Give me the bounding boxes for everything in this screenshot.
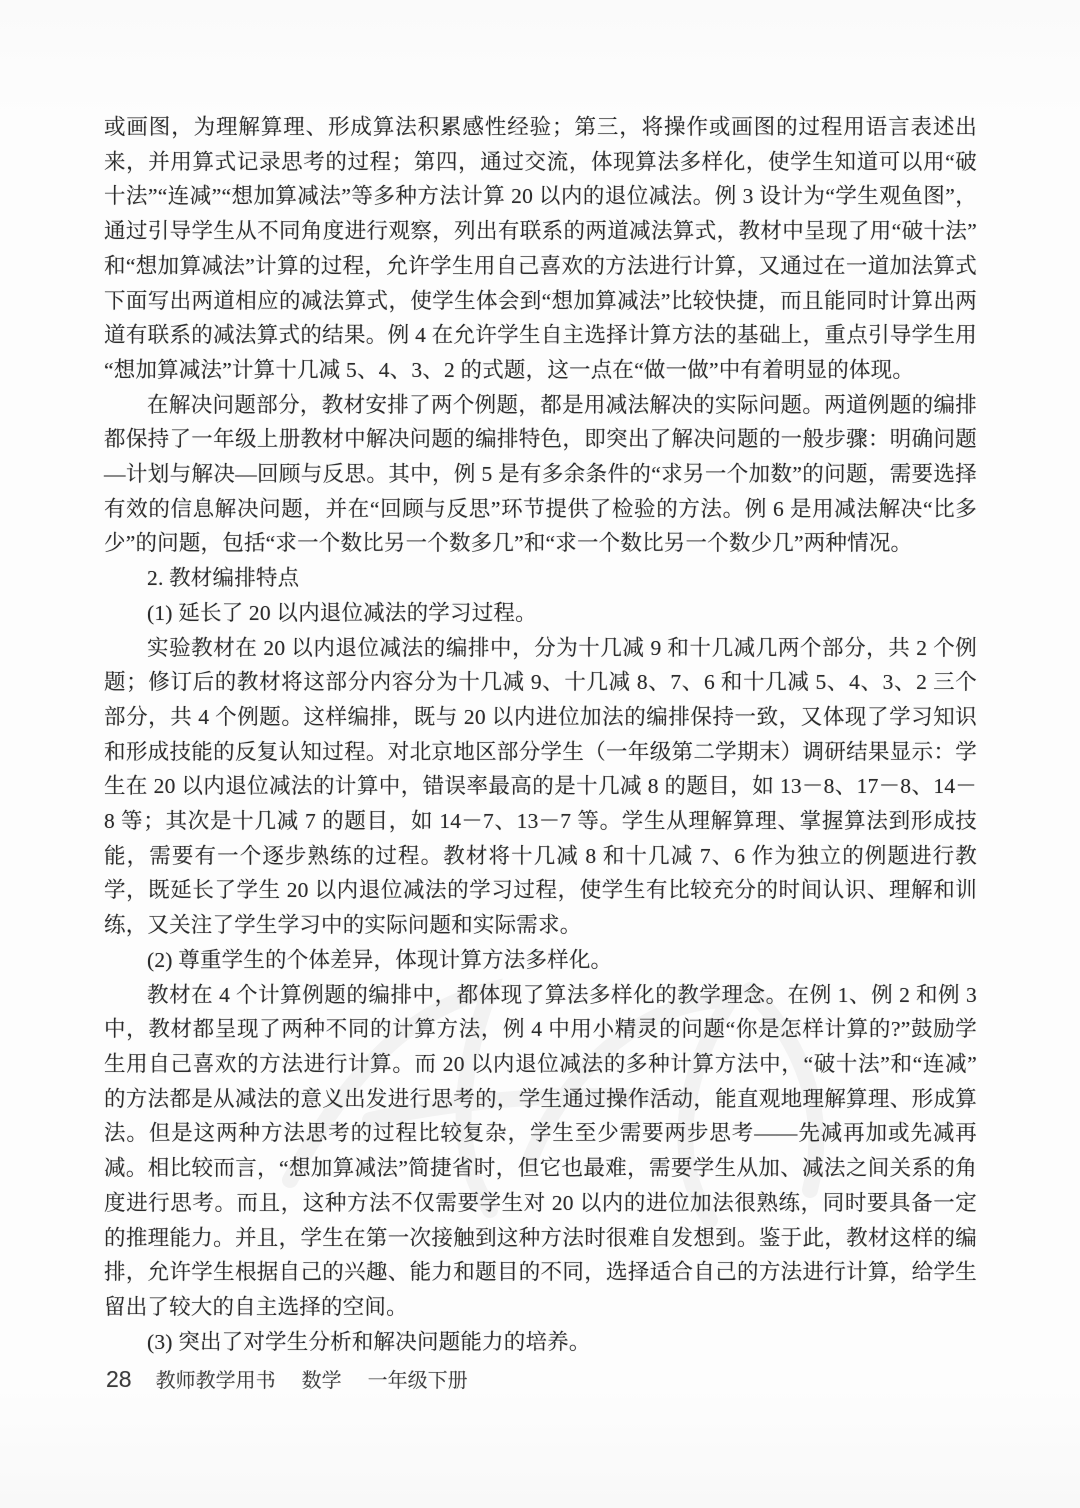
paragraph-continuation: 或画图，为理解算理、形成算法积累感性经验；第三，将操作或画图的过程用语言表述出来…	[104, 110, 977, 388]
page-content: 或画图，为理解算理、形成算法积累感性经验；第三，将操作或画图的过程用语言表述出来…	[104, 110, 977, 1359]
page-footer: 28 教师教学用书 数学 一年级下册	[106, 1364, 494, 1393]
paragraph-problem-solving: 在解决问题部分，教材安排了两个例题，都是用减法解决的实际问题。两道例题的编排都保…	[104, 388, 977, 562]
footer-volume: 一年级下册	[368, 1364, 468, 1393]
footer-subject: 数学	[302, 1364, 342, 1393]
footer-book-title: 教师教学用书	[156, 1364, 276, 1393]
subsection-heading-1: (1) 延长了 20 以内退位减法的学习过程。	[104, 596, 977, 631]
paragraph-subsection-2-body: 教材在 4 个计算例题的编排中，都体现了算法多样化的教学理念。在例 1、例 2 …	[104, 978, 977, 1325]
subsection-heading-2: (2) 尊重学生的个体差异，体现计算方法多样化。	[104, 943, 977, 978]
subsection-heading-3: (3) 突出了对学生分析和解决问题能力的培养。	[104, 1325, 977, 1360]
scanned-page: 或画图，为理解算理、形成算法积累感性经验；第三，将操作或画图的过程用语言表述出来…	[0, 0, 1080, 1508]
paragraph-subsection-1-body: 实验教材在 20 以内退位减法的编排中，分为十几减 9 和十几减几两个部分，共 …	[104, 631, 977, 943]
page-number: 28	[106, 1366, 132, 1393]
section-heading-2: 2. 教材编排特点	[104, 561, 977, 596]
